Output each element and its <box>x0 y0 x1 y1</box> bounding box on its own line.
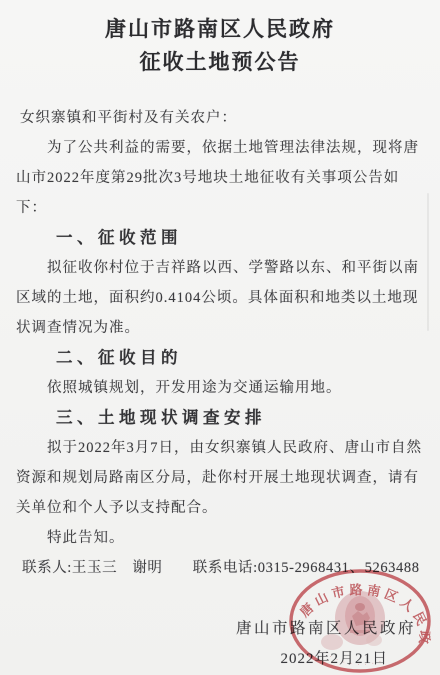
contact-line: 联系人:王玉三 谢明 联系电话:0315-2968431、5263488 <box>16 553 430 583</box>
document-body: 女织寨镇和平街村及有关农户：为了公共利益的需要，依据土地管理法律法规，现将唐山市… <box>16 103 430 583</box>
body-line: 女织寨镇和平街村及有关农户： <box>16 103 430 133</box>
body-line: 为了公共利益的需要，依据土地管理法律法规，现将唐 <box>16 133 430 163</box>
document-title: 唐山市路南区人民政府 征收土地预公告 <box>0 13 440 79</box>
document-page: 唐山市路南区人民政府 征收土地预公告 女织寨镇和平街村及有关农户：为了公共利益的… <box>0 0 440 675</box>
signature-issuer: 唐山市路南区人民政府 <box>0 614 440 644</box>
body-line: 关单位和个人予以支持配合。 <box>16 493 430 523</box>
scan-artifact-line <box>427 193 429 331</box>
body-line: 拟征收你村位于吉祥路以西、学警路以东、和平街以南 <box>16 253 430 283</box>
signature-block: 唐山市路南区人民政府 2022年2月21日 <box>0 614 440 674</box>
body-line: 资源和规划局路南区分局，赴你村开展土地现状调查，请有 <box>16 463 430 493</box>
body-line: 状调查情况为准。 <box>16 313 430 343</box>
body-line: 下： <box>16 193 430 223</box>
body-line: 区域的土地，面积约0.4104公顷。具体面积和地类以土地现 <box>16 283 430 313</box>
title-line-2: 征收土地预公告 <box>0 46 440 79</box>
section-heading: 三、土地现状调查安排 <box>16 403 430 433</box>
title-line-1: 唐山市路南区人民政府 <box>0 13 440 46</box>
section-heading: 二、征收目的 <box>16 343 430 373</box>
body-line: 依照城镇规划，开发用途为交通运输用地。 <box>16 373 430 403</box>
body-line: 拟于2022年3月7日，由女织寨镇人民政府、唐山市自然 <box>16 433 430 463</box>
body-line: 特此告知。 <box>16 523 430 553</box>
section-heading: 一、征收范围 <box>16 223 430 253</box>
signature-date: 2022年2月21日 <box>0 644 440 674</box>
body-line: 山市2022年度第29批次3号地块土地征收有关事项公告如 <box>16 163 430 193</box>
